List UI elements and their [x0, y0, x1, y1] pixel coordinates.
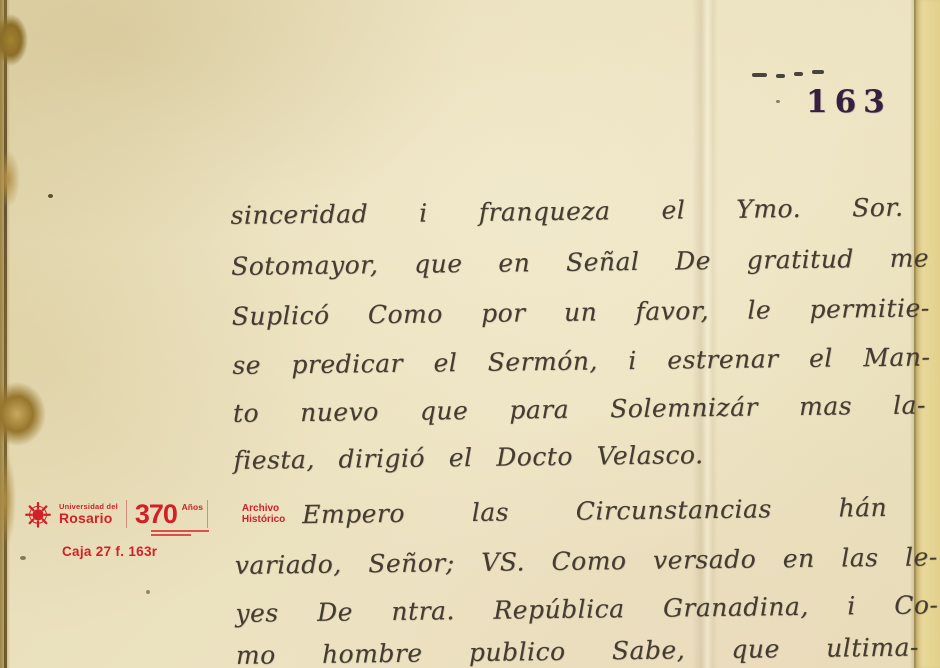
- manuscript-line: mo hombre publico Sabe, que ultima-: [236, 633, 919, 668]
- anniversary-number: 370: [135, 499, 177, 529]
- university-name-top: Universidad del: [59, 503, 118, 511]
- university-name-bottom: Rosario: [59, 511, 118, 525]
- archive-label-bottom: Histórico: [242, 514, 285, 526]
- manuscript-line: variado, Señor; VS. Como versado en las …: [235, 542, 938, 580]
- box-folio-caption: Caja 27 f. 163r: [62, 544, 285, 559]
- manuscript-line: fiesta, dirigió el Docto Velasco.: [233, 440, 703, 475]
- manuscript-line: Sotomayor, que en Señal De gratitud me: [231, 243, 929, 281]
- watermark-divider: [126, 500, 127, 528]
- university-crest-icon: [22, 498, 54, 530]
- anniversary-label: Años: [182, 503, 203, 512]
- anniversary-microtext: [151, 530, 209, 532]
- anniversary-microtext: [151, 534, 191, 536]
- archive-watermark: Universidad del Rosario 370 Años Archivo…: [22, 498, 285, 559]
- manuscript-line: sinceridad i franqueza el Ymo. Sor.: [230, 193, 903, 230]
- manuscript-line: Empero las Circunstancias hán: [302, 493, 887, 529]
- archive-label-top: Archivo: [242, 503, 285, 515]
- manuscript-line: to nuevo que para Solemnizár mas la-: [233, 390, 926, 427]
- scanned-manuscript-page: 163 sinceridad i franqueza el Ymo. Sor. …: [0, 0, 940, 668]
- manuscript-line: yes De ntra. República Granadina, i Co-: [235, 590, 938, 628]
- manuscript-line: Suplicó Como por un favor, le permitie-: [232, 293, 930, 331]
- manuscript-line: se predicar el Sermón, i estrenar el Man…: [232, 342, 930, 380]
- watermark-divider: [207, 500, 208, 528]
- manuscript-text-block: sinceridad i franqueza el Ymo. Sor. Soto…: [0, 0, 940, 668]
